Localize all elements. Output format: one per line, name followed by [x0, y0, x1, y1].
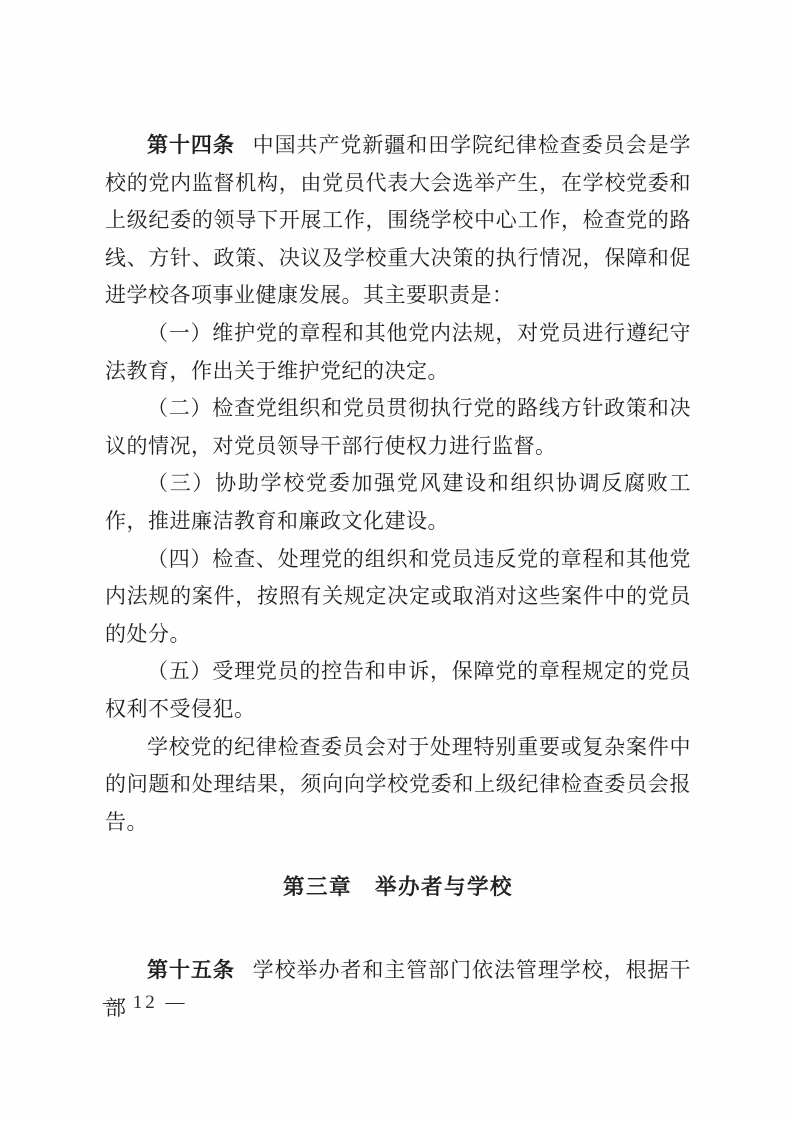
article-14-paragraph: 第十四条中国共产党新疆和田学院纪律检查委员会是学校的党内监督机构，由党员代表大会… [105, 127, 691, 315]
closing-paragraph: 学校党的纪律检查委员会对于处理特别重要或复杂案件中的问题和处理结果，须向向学校党… [105, 729, 691, 842]
article-14-number: 第十四条 [147, 134, 235, 157]
document-page: 第十四条中国共产党新疆和田学院纪律检查委员会是学校的党内监督机构，由党员代表大会… [0, 0, 793, 1121]
duty-item-1: （一）维护党的章程和其他党内法规，对党员进行遵纪守法教育，作出关于维护党纪的决定… [105, 315, 691, 390]
article-14-text: 中国共产党新疆和田学院纪律检查委员会是学校的党内监督机构，由党员代表大会选举产生… [105, 133, 691, 307]
document-body: 第十四条中国共产党新疆和田学院纪律检查委员会是学校的党内监督机构，由党员代表大会… [105, 127, 691, 1027]
page-number: — 12 — [103, 992, 188, 1014]
chapter-heading: 第三章 举办者与学校 [105, 868, 691, 906]
duty-item-2: （二）检查党组织和党员贯彻执行党的路线方针政策和决议的情况，对党员领导干部行使权… [105, 390, 691, 465]
duty-item-3: （三）协助学校党委加强党风建设和组织协调反腐败工作，推进廉洁教育和廉政文化建设。 [105, 465, 691, 540]
duty-item-5: （五）受理党员的控告和申诉，保障党的章程规定的党员权利不受侵犯。 [105, 653, 691, 728]
article-15-paragraph: 第十五条学校举办者和主管部门依法管理学校，根据干部 [105, 952, 691, 1027]
duty-item-4: （四）检查、处理党的组织和党员违反党的章程和其他党内法规的案件，按照有关规定决定… [105, 541, 691, 654]
article-15-number: 第十五条 [147, 959, 235, 982]
